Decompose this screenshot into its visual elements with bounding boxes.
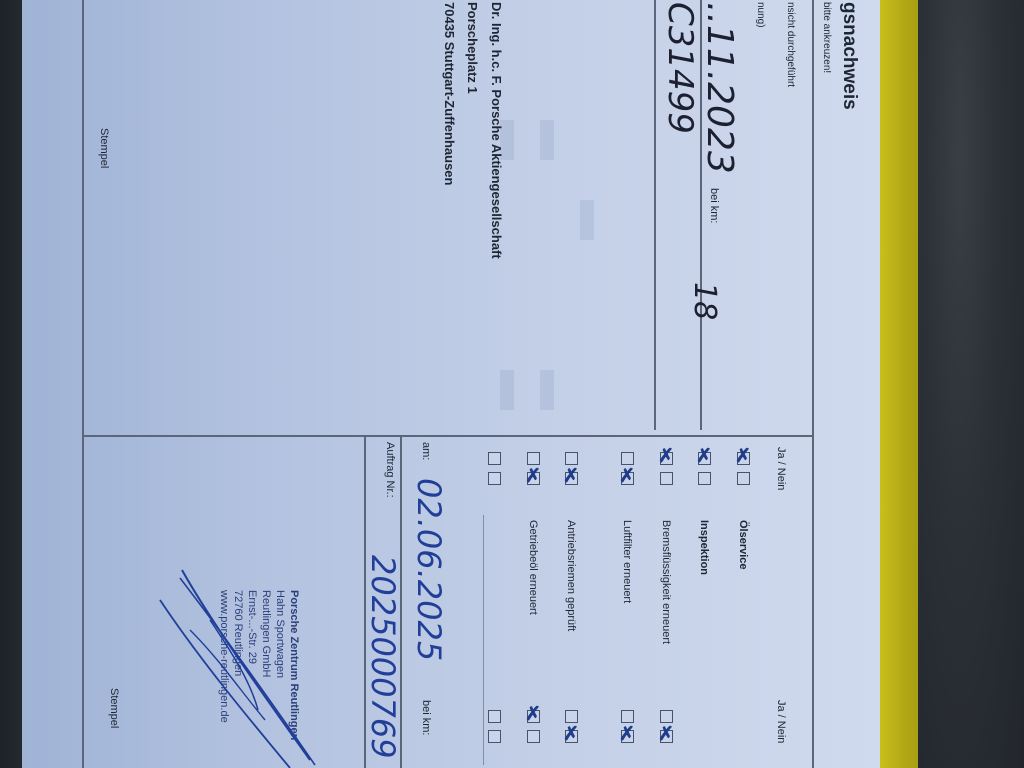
first-entry-km-label: bei km: [708,188,720,223]
checklist-item-label: Inspektion [698,520,710,575]
checkbox-right-nein[interactable] [565,710,578,723]
frame-line [812,0,814,768]
checkbox-right-nein[interactable] [488,710,501,723]
first-entry-dealer-line2: Porscheplatz 1 [465,2,480,94]
checkbox-ja[interactable] [565,452,578,465]
first-entry-order-number: C31499 [660,2,700,134]
checkbox-nein[interactable] [737,472,750,485]
second-entry-order-value: 2025000769 [364,555,402,759]
first-entry-date: ..11.2023 [699,2,740,174]
first-entry-dealer-line1: Dr. Ing. h.c. F. Porsche Aktiengesellsch… [489,2,504,259]
frame-line [82,0,84,768]
ghost-print [540,120,554,160]
yellow-page-border [880,0,918,768]
checkbox-ja[interactable] [737,452,750,465]
service-performed-label: nsicht durchgeführt [785,2,796,87]
checkbox-right-ja[interactable] [660,730,673,743]
checklist-item-label: Antriebsriemen geprüft [565,520,577,631]
instruction-text: bitte ankreuzen! [821,2,832,73]
checkbox-right-ja[interactable] [565,730,578,743]
checkbox-ja[interactable] [488,452,501,465]
ghost-print [580,200,594,240]
second-entry-date-label: am: [420,442,432,460]
checkbox-right-nein[interactable] [660,710,673,723]
checkbox-right-ja[interactable] [488,730,501,743]
row-line [483,515,484,765]
checkbox-nein[interactable] [527,472,540,485]
checklist-item-label: Getriebeöl erneuert [527,520,539,615]
ghost-print [540,370,554,410]
checkbox-nein[interactable] [660,472,673,485]
checklist-item-label: Bremsflüssigkeit erneuert [660,520,672,644]
checkbox-right-nein[interactable] [621,710,634,723]
row-line [654,0,656,430]
checkbox-right-ja[interactable] [527,730,540,743]
document-title: gsnachweis [838,2,860,110]
col-header-ja-nein-right: Ja / Nein [775,700,787,743]
col-header-ja-nein-left: Ja / Nein [775,447,787,490]
ghost-print [500,370,514,410]
second-entry-stamp-label: Stempel [108,688,120,728]
checkbox-right-ja[interactable] [621,730,634,743]
checkbox-nein[interactable] [698,472,711,485]
first-entry-stamp-label: Stempel [98,128,110,168]
background-surface [918,0,1024,768]
checkbox-nein[interactable] [488,472,501,485]
checkbox-right-nein[interactable] [527,710,540,723]
checkbox-ja[interactable] [698,452,711,465]
second-entry-order-label: Auftrag Nr.: [384,442,396,498]
first-entry-km-value: 18 [687,282,722,320]
checkbox-ja[interactable] [660,452,673,465]
checkbox-nein[interactable] [621,472,634,485]
checkbox-ja[interactable] [621,452,634,465]
signature [150,560,320,768]
checkbox-nein[interactable] [565,472,578,485]
second-entry-date-value: 02.06.2025 [410,478,448,661]
section-label: nung) [755,2,766,28]
checklist-item-label: Luftfilter erneuert [621,520,633,603]
entry-divider [84,435,814,437]
checkbox-ja[interactable] [527,452,540,465]
second-entry-km-label: bei km: [420,700,432,735]
first-entry-dealer-line3: 70435 Stuttgart-Zuffenhausen [442,2,457,185]
checklist-item-label: Ölservice [737,520,749,570]
